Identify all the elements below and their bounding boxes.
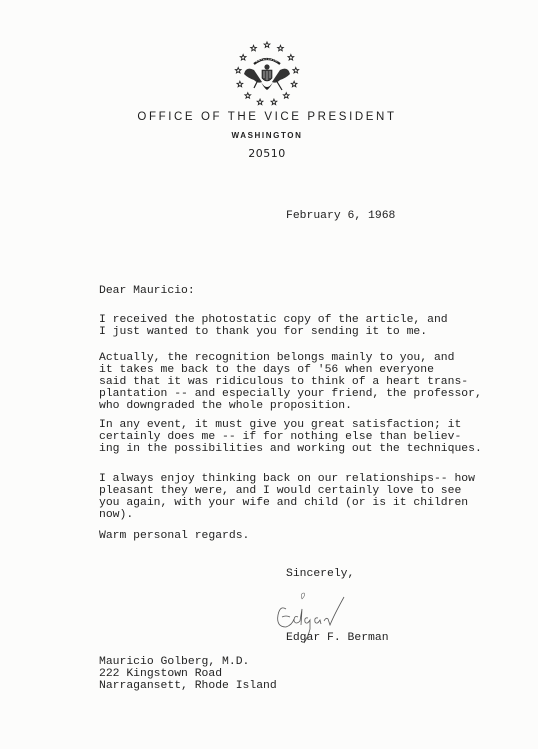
paragraph-1: I received the photostatic copy of the a… <box>99 314 448 338</box>
text-line: Mauricio Golberg, M.D. <box>99 656 277 668</box>
text-line: certainly does me -- if for nothing else… <box>99 431 482 443</box>
letterhead-zip: 20510 <box>0 147 536 160</box>
paragraph-2: Actually, the recognition belongs mainly… <box>99 352 482 412</box>
text-line: who downgraded the whole proposition. <box>99 400 482 412</box>
text-line: plantation -- and especially your friend… <box>99 388 482 400</box>
text-line: pleasant they were, and I would certainl… <box>99 485 475 497</box>
text-line: Actually, the recognition belongs mainly… <box>99 352 482 364</box>
vice-presidential-seal-icon <box>232 40 302 106</box>
text-line: I received the photostatic copy of the a… <box>99 314 448 326</box>
text-line: In any event, it must give you great sat… <box>99 419 482 431</box>
text-line: I just wanted to thank you for sending i… <box>99 326 448 338</box>
text-line: now). <box>99 509 475 521</box>
salutation: Dear Mauricio: <box>99 285 195 297</box>
signer-name: Edgar F. Berman <box>286 632 389 644</box>
recipient-address: Mauricio Golberg, M.D.222 Kingstown Road… <box>99 656 277 692</box>
text-line: ing in the possibilities and working out… <box>99 443 482 455</box>
text-line: you again, with your wife and child (or … <box>99 497 475 509</box>
text-line: it takes me back to the days of '56 when… <box>99 364 482 376</box>
paragraph-3: In any event, it must give you great sat… <box>99 419 482 455</box>
letter-page: OFFICE OF THE VICE PRESIDENT WASHINGTON … <box>0 0 538 749</box>
text-line: said that it was ridiculous to think of … <box>99 376 482 388</box>
closing: Warm personal regards. <box>99 530 249 542</box>
sign-off: Sincerely, <box>286 568 354 580</box>
letterhead-city: WASHINGTON <box>0 131 536 140</box>
text-line: I always enjoy thinking back on our rela… <box>99 473 475 485</box>
letter-date: February 6, 1968 <box>286 210 395 222</box>
text-line: 222 Kingstown Road <box>99 668 277 680</box>
paragraph-4: I always enjoy thinking back on our rela… <box>99 473 475 521</box>
text-line: Narragansett, Rhode Island <box>99 680 277 692</box>
letterhead-office: OFFICE OF THE VICE PRESIDENT <box>0 111 536 123</box>
